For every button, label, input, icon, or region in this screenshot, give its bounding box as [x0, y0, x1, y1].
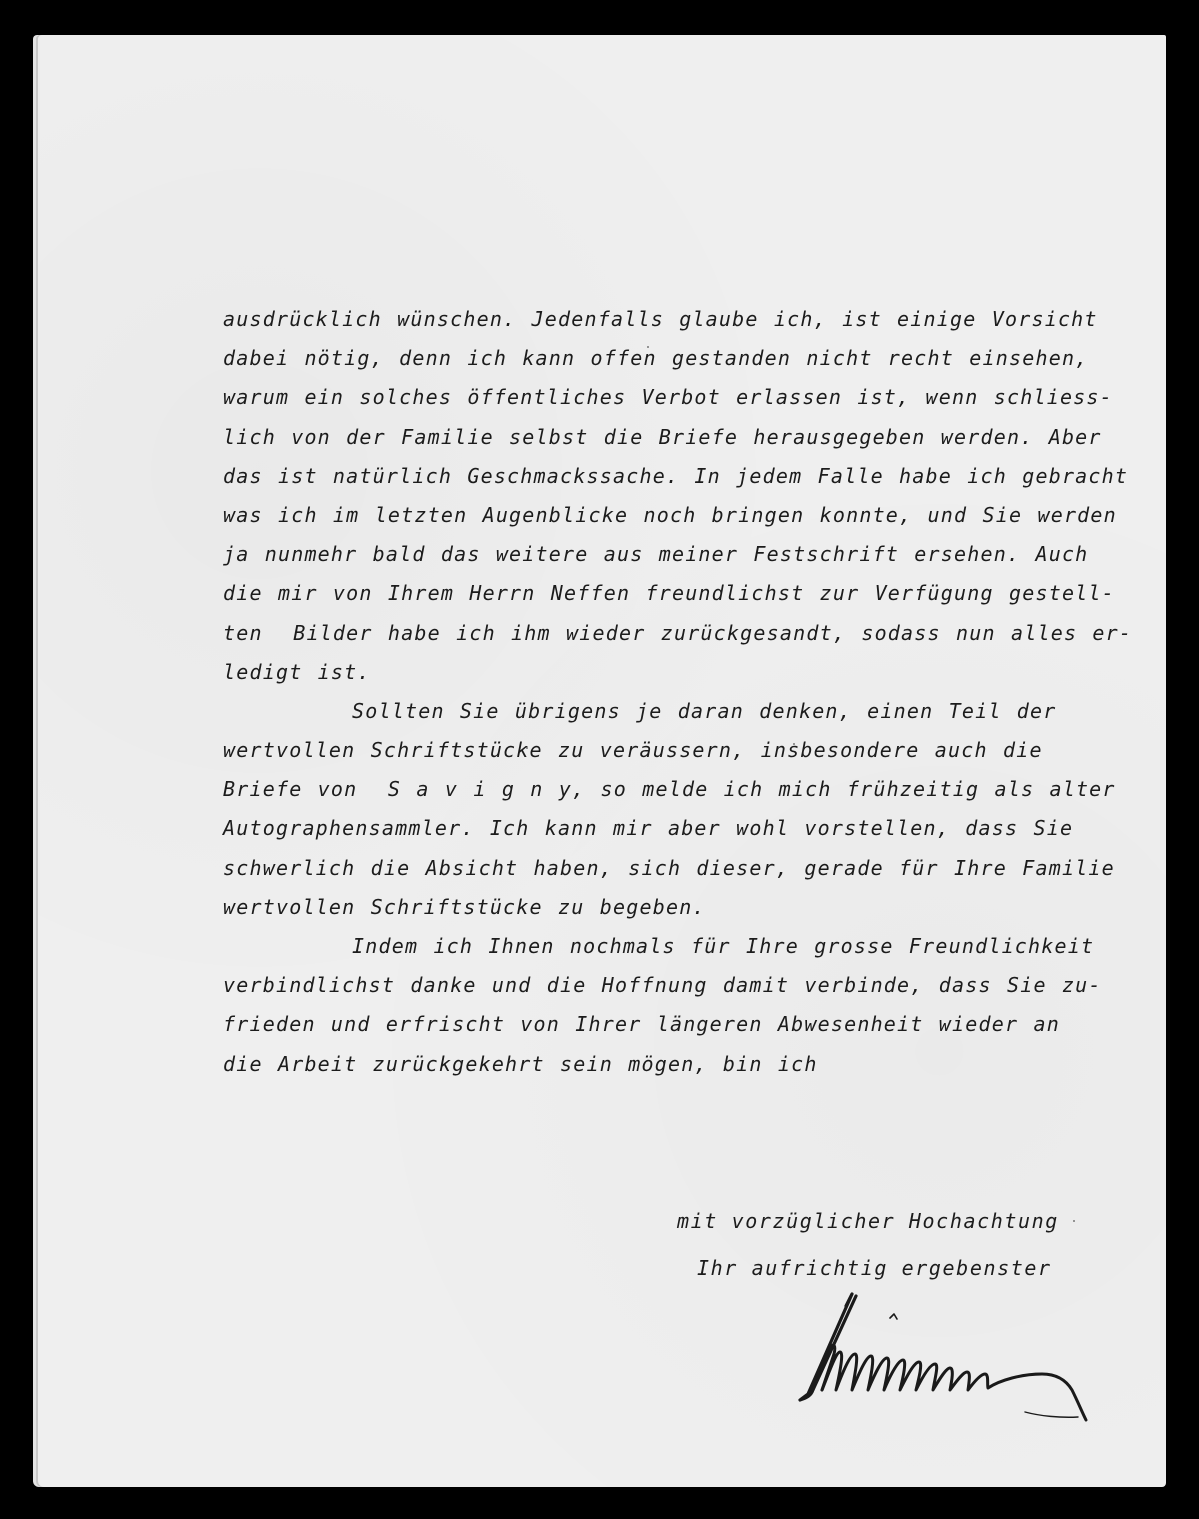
- body-line: warum ein solches öffentliches Verbot er…: [223, 378, 1103, 417]
- letter-body: ausdrücklich wünschen. Jedenfalls glaube…: [223, 300, 1103, 1084]
- paragraph-start-line: Indem ich Ihnen nochmals für Ihre grosse…: [223, 927, 1103, 966]
- body-line: verbindlichst danke und die Hoffnung dam…: [223, 966, 1103, 1005]
- body-line: ja nunmehr bald das weitere aus meiner F…: [223, 535, 1103, 574]
- paragraph-start-line: Sollten Sie übrigens je daran denken, ei…: [223, 692, 1103, 731]
- body-line: die Arbeit zurückgekehrt sein mögen, bin…: [223, 1045, 1103, 1084]
- body-line: ausdrücklich wünschen. Jedenfalls glaube…: [223, 300, 1103, 339]
- closing-valediction: Ihr aufrichtig ergebenster: [697, 1256, 1052, 1280]
- handwritten-signature: [760, 1290, 1140, 1430]
- body-line: wertvollen Schriftstücke zu veräussern, …: [223, 731, 1103, 770]
- body-line: schwerlich die Absicht haben, sich diese…: [223, 849, 1103, 888]
- body-line: wertvollen Schriftstücke zu begeben.: [223, 888, 1103, 927]
- body-line: ten Bilder habe ich ihm wieder zurückges…: [223, 614, 1103, 653]
- closing-salutation: mit vorzüglicher Hochachtung: [677, 1209, 1059, 1233]
- body-line: Autographensammler. Ich kann mir aber wo…: [223, 809, 1103, 848]
- body-line: Briefe von S a v i g n y, so melde ich m…: [223, 770, 1103, 809]
- paper-speck: [1073, 1220, 1075, 1222]
- body-line: was ich im letzten Augenblicke noch brin…: [223, 496, 1103, 535]
- body-line: die mir von Ihrem Herrn Neffen freundlic…: [223, 574, 1103, 613]
- body-line: ledigt ist.: [223, 653, 1103, 692]
- body-line: frieden und erfrischt von Ihrer längeren…: [223, 1005, 1103, 1044]
- body-line: das ist natürlich Geschmackssache. In je…: [223, 457, 1103, 496]
- body-line: lich von der Familie selbst die Briefe h…: [223, 418, 1103, 457]
- body-line: dabei nötig, denn ich kann offen gestand…: [223, 339, 1103, 378]
